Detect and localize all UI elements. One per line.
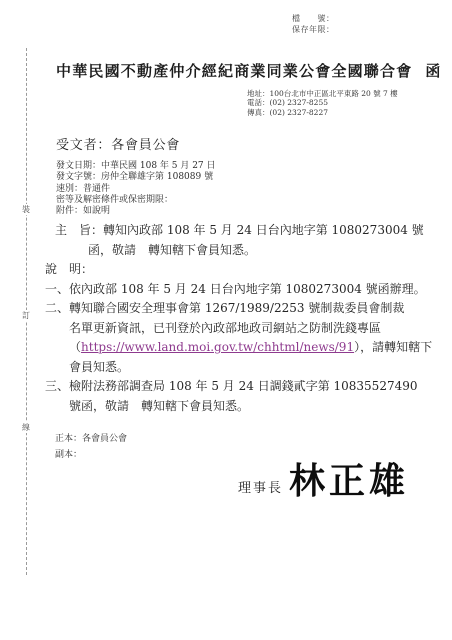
subject-line: 轉知內政部 108 年 5 月 24 日台內地字第 1080273004 號 <box>103 221 424 241</box>
explanation-item-3: 三、 檢附法務部調查局 108 年 5 月 24 日調錢貳字第 10835527… <box>45 377 432 416</box>
document-title: 中華民國不動產仲介經紀商業同業公會全國聯合會函 <box>56 60 442 81</box>
document-meta-block: 發文日期：中華民國 108 年 5 月 27 日 發文字號：房仲全聯雄字第 10… <box>56 161 216 217</box>
doc-number-line: 發文字號：房仲全聯雄字第 108089 號 <box>56 172 216 183</box>
distribution-block: 正本：各會員公會 副本： <box>55 432 127 463</box>
file-number-block: 檔 號： 保存年限： <box>292 13 335 35</box>
file-number-label: 檔 號： <box>292 13 335 24</box>
item-text-line: 名單更新資訊，已刊登於內政部地政司網站之防制洗錢專區 <box>69 319 432 339</box>
item-text-line: 會員知悉。 <box>69 358 432 378</box>
item-number: 二、 <box>45 299 69 319</box>
item-number: 一、 <box>45 280 69 300</box>
link-prefix: （ <box>69 340 81 354</box>
official-letter-page: 裝 訂 線 檔 號： 保存年限： 中華民國不動產仲介經紀商業同業公會全國聯合會函… <box>0 0 452 640</box>
binding-mark-zhuang: 裝 <box>22 204 30 215</box>
binding-mark-ding: 訂 <box>22 310 30 321</box>
recipient-line: 受文者：各會員公會 <box>56 134 180 153</box>
recipient-value: 各會員公會 <box>111 138 180 153</box>
sender-phone: 電話：(02) 2327-8255 <box>247 98 398 107</box>
original-copy-line: 正本：各會員公會 <box>55 432 127 448</box>
priority-line: 速別：普通件 <box>56 184 216 195</box>
explanation-block: 說 明： 一、 依內政部 108 年 5 月 24 日台內地字第 1080273… <box>45 260 432 416</box>
explanation-item-1: 一、 依內政部 108 年 5 月 24 日台內地字第 1080273004 號… <box>45 280 432 300</box>
recipient-label: 受文者： <box>56 138 111 153</box>
link-suffix: ），請轉知轄下 <box>354 340 432 354</box>
subject-block: 主 旨： 轉知內政部 108 年 5 月 24 日台內地字第 108027300… <box>55 221 424 260</box>
organization-name: 中華民國不動產仲介經紀商業同業公會全國聯合會 <box>56 62 412 80</box>
explanation-item-2: 二、 轉知聯合國安全理事會第 1267/1989/2253 號制裁委員會制裁 名… <box>45 299 432 377</box>
subject-content: 轉知內政部 108 年 5 月 24 日台內地字第 1080273004 號 函… <box>103 221 424 260</box>
subject-label: 主 旨： <box>55 221 103 241</box>
item-text-line: 號函，敬請 轉知轄下會員知悉。 <box>69 397 432 417</box>
issue-date-line: 發文日期：中華民國 108 年 5 月 27 日 <box>56 161 216 172</box>
item-number: 三、 <box>45 377 69 397</box>
item-link-line: （https://www.land.moi.gov.tw/chhtml/news… <box>69 338 432 358</box>
subject-line: 函，敬請 轉知轄下會員知悉。 <box>88 241 424 261</box>
moi-anti-money-laundering-link[interactable]: https://www.land.moi.gov.tw/chhtml/news/… <box>81 340 354 354</box>
chairman-name: 林正雄 <box>289 462 409 502</box>
sender-contact-block: 地址：100台北市中正區北平東路 20 號 7 樓 電話：(02) 2327-8… <box>247 89 398 117</box>
retention-period-label: 保存年限： <box>292 24 335 35</box>
carbon-copy-line: 副本： <box>55 448 127 464</box>
signature-block: 理事長 林正雄 <box>238 462 409 502</box>
binding-mark-xian: 線 <box>22 422 30 433</box>
classification-line: 密等及解密條件或保密期限： <box>56 195 216 206</box>
item-text-line: 依內政部 108 年 5 月 24 日台內地字第 1080273004 號函辦理… <box>69 280 432 300</box>
sender-address: 地址：100台北市中正區北平東路 20 號 7 樓 <box>247 89 398 98</box>
item-text-line: 轉知聯合國安全理事會第 1267/1989/2253 號制裁委員會制裁 <box>69 299 432 319</box>
attachment-line: 附件：如說明 <box>56 206 216 217</box>
chairman-title: 理事長 <box>238 477 283 502</box>
item-text-line: 檢附法務部調查局 108 年 5 月 24 日調錢貳字第 10835527490 <box>69 377 432 397</box>
explanation-label: 說 明： <box>45 260 432 280</box>
sender-fax: 傳真：(02) 2327-8227 <box>247 108 398 117</box>
document-type: 函 <box>425 62 441 80</box>
